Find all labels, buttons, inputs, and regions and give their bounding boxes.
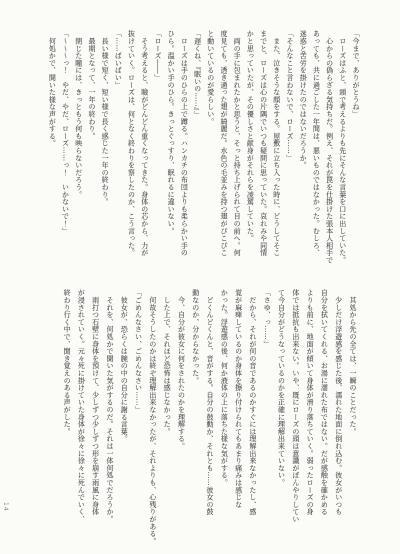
text-column: 閉じた瞳には、きっともう何も映らないだろう。 (72, 30, 85, 286)
text-column: それを、何処かで聞いた気がするのだ。それは一体何処でだろうか。 (103, 289, 117, 545)
text-column: て今自分がどうなっているのかを正確に理解出来ていない。 (274, 289, 288, 545)
text-column: と動いているのが愛らしい。 (204, 30, 217, 286)
text-column: 心からの偽らざる気持ちだ。例え、それが罠を仕掛けた張本人相手で (322, 30, 335, 286)
scanned-novel-page: 「今まで、ありがとうね」 ローズはふと、頭で考えるよりも先にそんな言葉を口に出し… (0, 0, 400, 554)
text-column: そう考えると、瞼がどんどん重くなってきた。身体の芯から、力が (138, 30, 151, 286)
text-column: 「そんなこと言わないで、ローズ……」 (283, 30, 296, 286)
text-column: 「今まで、ありがとうね」 (349, 30, 362, 286)
page-number: 14 (2, 502, 9, 512)
text-column: 雨打つ石壁に身体を預けて、少しずつ少しずつ形を崩す雨風に身体 (88, 289, 102, 545)
text-column: あっても、共に過ごした一年間は、悪いものではなかった。むしろ、 (309, 30, 322, 286)
text-column: よりも前に、地面が傾いて身体が滑り落ちていく。弱ったローズの身 (303, 289, 317, 545)
text-column: かと思っていたが、その優しさと献身がそれらを凌駕していた。 (243, 30, 256, 286)
text-column: した上で、それほど恐怖は感じなかった。 (160, 289, 174, 545)
text-column: 「さゆ、っ……」 (260, 289, 274, 545)
text-column: 「……ばいばい」 (111, 30, 124, 286)
text-block-bottom: 其処から先の全ては、一瞬のことだった。 少しだけ浮遊感を感じた後、濡れた地面に倒… (60, 289, 360, 545)
text-column: 迷惑と苦労を掛けたのではないだろうか。 (296, 30, 309, 286)
text-column: 何故そうしたのかは終ぞ理解出来なかったが、それよりも、心残りがある。 (146, 289, 160, 545)
text-column: 自分を拭いてくれる、お湯に濡れた布ではない。だが感触を確かめる (317, 289, 331, 545)
text-column: 少しだけ浮遊感を感じた後、濡れた地面に倒れ込む。彼女がいつも (331, 289, 345, 545)
text-column: 「～～～っ！ やだ、やだ、ローズ……っ！ いかないで！」 (58, 30, 71, 286)
text-column: 「ごめんなさい、ごめんなさい……」 (131, 289, 145, 545)
text-column: 動なのか、分からなかった。 (188, 289, 202, 545)
text-block-top: 「今まで、ありがとうね」 ローズはふと、頭で考えるよりも先にそんな言葉を口に出し… (45, 30, 362, 286)
text-column: 其処から先の全ては、一瞬のことだった。 (346, 289, 360, 545)
text-column: また、泣きそうな顔をする。屋敷に立ち入った時に、どうしてそこ (270, 30, 283, 286)
text-column: 何処かで、聞いた様な声がする。 (45, 30, 58, 286)
text-column: が浸されていく。元々死に掛けていた身体が徐々に徐々に死んでいく、 (74, 289, 88, 545)
text-column: 終わり行く中で、聞き覚えのある声がした。 (60, 289, 74, 545)
text-column: ローズはふと、頭で考えるよりも先にそんな言葉を口に出していた。 (336, 30, 349, 286)
text-column: かった。浮遊感の後、何か液体の上に落ちた様な気がする。 (217, 289, 231, 545)
text-column: 「ローズ――」 (151, 30, 164, 286)
text-column: ローズは手のひらの上で蹲る。ハンカチの布団よりも柔らかい手の (177, 30, 190, 286)
text-column: 彼女が、恐らくは腕の中の自分に謝る言葉。 (117, 289, 131, 545)
text-column: 最期となって、一年の終わり。 (85, 30, 98, 286)
text-column: 両の手に包まれたかと思うと、そっと持ち上げられて目の前へ。何 (230, 30, 243, 286)
text-column: 「遅くね、『眠いの……』」 (190, 30, 203, 286)
text-column: までと、ローズは心の片隅でいつも疑問に思っていた。哀れみや同情 (256, 30, 269, 286)
text-column: 今、自分が彼女に何をされたのかを理解する。 (174, 289, 188, 545)
text-column: ひら。温かい手のひら。きっとぐっすり、眠れるに違いない。 (164, 30, 177, 286)
text-column: 抜けていく。ローズは、何となく終わりを察したのか、こう言った。 (124, 30, 137, 286)
text-column: 長い様で短く、短い様で長く感じた一年の終わり。 (98, 30, 111, 286)
text-column: 度見ても、透き通った翅が綺麗だ。水色の毛並みを持つ翅がぴこぴこ (217, 30, 230, 286)
text-column: だから、それが何の音であるのかすぐには理解出来なかったし、感 (246, 289, 260, 545)
text-column: 覚が麻痺しているのか身体を擦り付けられてもあまり痛みは感じな (231, 289, 245, 545)
text-column: どくんどくんと、音がする。自分の鼓動か、それとも……彼女の鼓 (203, 289, 217, 545)
text-column: 体では抵抗も出来ない。いや、既にローズの頭は意識がぼんやりしてい (289, 289, 303, 545)
